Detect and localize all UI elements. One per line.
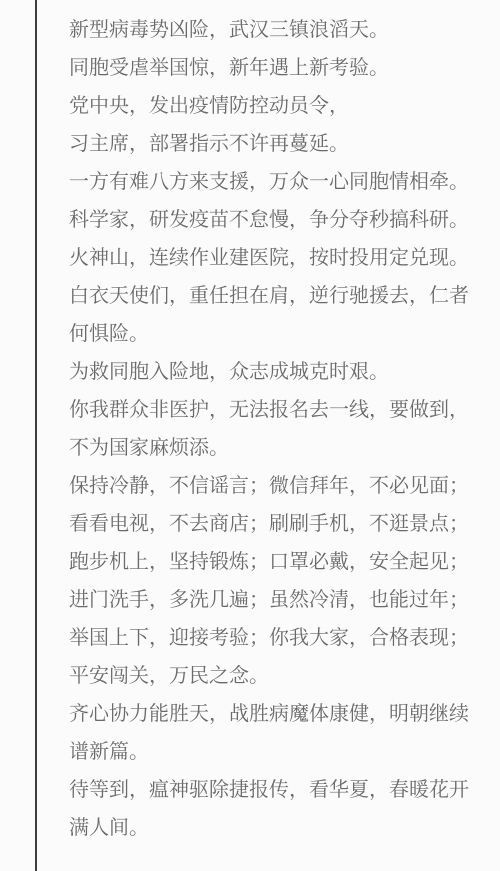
poem-line: 进门洗手，多洗几遍；虽然冷清，也能过年；: [69, 581, 489, 619]
left-border-rule: [35, 0, 37, 871]
poem-line: 新型病毒势凶险，武汉三镇浪滔天。: [69, 11, 489, 49]
poem-line: 不为国家麻烦添。: [69, 429, 489, 467]
poem-line: 你我群众非医护，无法报名去一线，要做到，: [69, 391, 489, 429]
poem-line: 何惧险。: [69, 315, 489, 353]
poem-line: 待等到，瘟神驱除捷报传，看华夏，春暖花开: [69, 771, 489, 809]
poem-line: 齐心协力能胜天，战胜病魔体康健，明朝继续: [69, 695, 489, 733]
poem-line: 习主席，部署指示不许再蔓延。: [69, 125, 489, 163]
poem-line: 同胞受虐举国惊，新年遇上新考验。: [69, 49, 489, 87]
document-page: 新型病毒势凶险，武汉三镇浪滔天。 同胞受虐举国惊，新年遇上新考验。 党中央，发出…: [0, 0, 500, 871]
poem-line: 一方有难八方来支援，万众一心同胞情相牵。: [69, 163, 489, 201]
poem-line: 科学家，研发疫苗不怠慢，争分夺秒搞科研。: [69, 201, 489, 239]
poem-line: 为救同胞入险地，众志成城克时艰。: [69, 353, 489, 391]
poem-text-block: 新型病毒势凶险，武汉三镇浪滔天。 同胞受虐举国惊，新年遇上新考验。 党中央，发出…: [69, 11, 489, 847]
poem-line: 满人间。: [69, 809, 489, 847]
poem-line: 党中央，发出疫情防控动员令，: [69, 87, 489, 125]
poem-line: 举国上下，迎接考验；你我大家，合格表现；: [69, 619, 489, 657]
poem-line: 看看电视，不去商店；刷刷手机，不逛景点；: [69, 505, 489, 543]
poem-line: 保持冷静，不信谣言；微信拜年，不必见面；: [69, 467, 489, 505]
poem-line: 平安闯关，万民之念。: [69, 657, 489, 695]
poem-line: 谱新篇。: [69, 733, 489, 771]
poem-line: 白衣天使们，重任担在肩，逆行驰援去，仁者: [69, 277, 489, 315]
poem-line: 火神山，连续作业建医院，按时投用定兑现。: [69, 239, 489, 277]
poem-line: 跑步机上，坚持锻炼；口罩必戴，安全起见；: [69, 543, 489, 581]
